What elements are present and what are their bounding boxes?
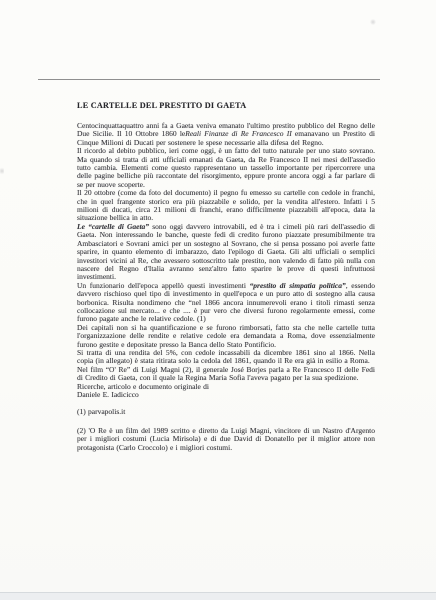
- paragraph: Daniele E. Iadicicco: [77, 391, 375, 399]
- text-run: Nel film “O' Re” di Luigi Magni (2), il …: [77, 365, 375, 382]
- page-bottom-scan-edge: [0, 592, 436, 600]
- paragraph: Si tratta di una rendita del 5%, con ced…: [77, 349, 375, 366]
- scan-speck: [370, 19, 376, 25]
- document-page: LE CARTELLE DEL PRESTITO DI GAETA Centoc…: [0, 0, 436, 600]
- paragraph: Il 20 ottobre (come da foto del document…: [77, 189, 375, 223]
- text-run: sono oggi davvero introvabili, ed è tra …: [77, 222, 375, 281]
- footnote: (1) parvapolis.it: [77, 408, 375, 416]
- text-run: (1) parvapolis.it: [77, 407, 125, 416]
- text-run: Si tratta di una rendita del 5%, con ced…: [77, 348, 375, 365]
- footnote: (2) 'O Re è un film del 1989 scritto e d…: [77, 427, 375, 452]
- text-run: (2) 'O Re è un film del 1989 scritto e d…: [77, 426, 375, 452]
- paragraph: Il ricordo al debito pubblico, ieri come…: [77, 147, 375, 189]
- header-rule: [38, 79, 380, 80]
- article-title: LE CARTELLE DEL PRESTITO DI GAETA: [77, 101, 375, 110]
- text-run: Il ricordo al debito pubblico, ieri come…: [77, 146, 375, 189]
- paragraph: Nel film “O' Re” di Luigi Magni (2), il …: [77, 366, 375, 383]
- paragraph: Un funzionario dell'epoca appellò questi…: [77, 282, 375, 324]
- scan-speck: [0, 167, 4, 175]
- text-run: Daniele E. Iadicicco: [77, 390, 139, 399]
- paragraph: Le “cartelle di Gaeta” sono oggi davvero…: [77, 223, 375, 282]
- text-run: Dei capitali non si ha quantificazione e…: [77, 323, 375, 349]
- text-run: Il 20 ottobre (come da foto del document…: [77, 188, 375, 222]
- article: LE CARTELLE DEL PRESTITO DI GAETA Centoc…: [77, 101, 375, 452]
- paragraph: Centocinquattaquattro anni fa a Gaeta ve…: [77, 122, 375, 147]
- paragraph: Dei capitali non si ha quantificazione e…: [77, 324, 375, 349]
- article-body: Centocinquattaquattro anni fa a Gaeta ve…: [77, 122, 375, 452]
